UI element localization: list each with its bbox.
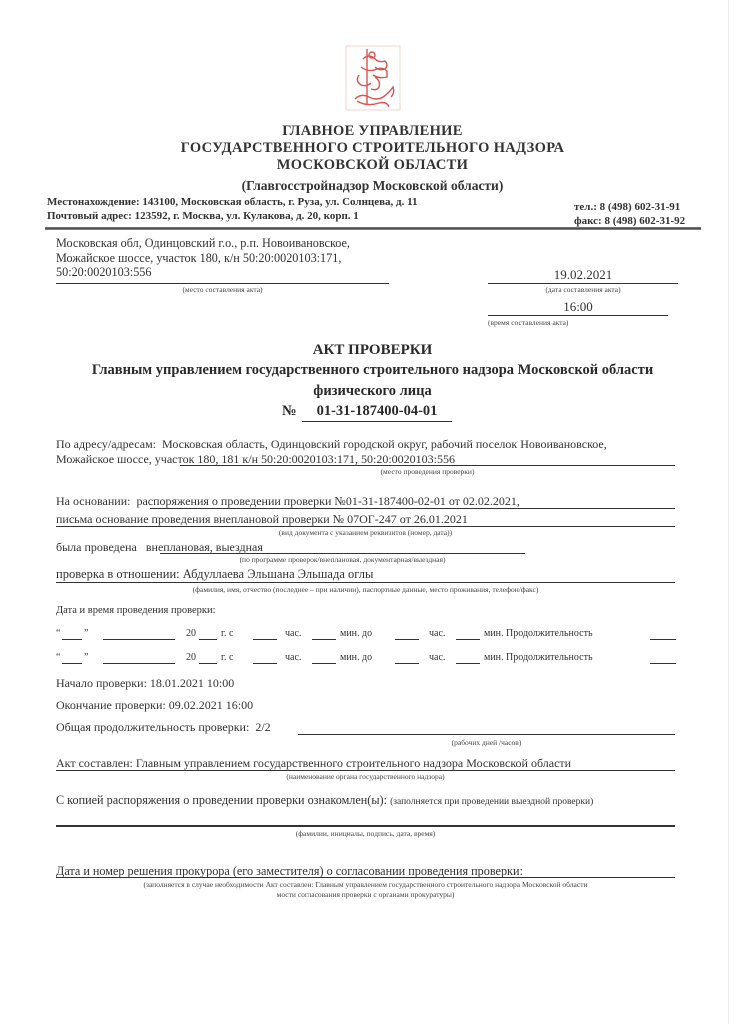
to-hour-field bbox=[395, 663, 419, 664]
duration-label-inline: мин. Продолжительность bbox=[484, 652, 593, 663]
composed-underline bbox=[56, 770, 675, 771]
minutes-to-label: мин. до bbox=[340, 628, 372, 639]
inspection-address-line1: По адресу/адресам: Московская область, О… bbox=[56, 437, 607, 452]
address-value-line1: Московская область, Одинцовский городско… bbox=[162, 437, 607, 451]
subject-label: проверка в отношении: bbox=[56, 567, 180, 581]
subject-caption: (фамилия, имя, отчество (последнее – при… bbox=[56, 585, 675, 594]
address-underline bbox=[180, 465, 675, 466]
prosecutor-underline bbox=[56, 877, 675, 878]
acquainted-underline bbox=[56, 825, 675, 827]
act-date-underline bbox=[488, 283, 678, 284]
from-label: г. с bbox=[221, 628, 233, 639]
from-label: г. с bbox=[221, 652, 233, 663]
acquainted-note: (заполняется при проведении выездной про… bbox=[390, 797, 593, 807]
act-place-line3: 50:20:0020103:556 bbox=[56, 265, 350, 280]
act-place-caption: (место составления акта) bbox=[56, 285, 389, 294]
hours-label-2: час. bbox=[429, 628, 445, 639]
act-number-sign: № bbox=[282, 403, 297, 420]
basis-label: На основании: bbox=[56, 494, 130, 508]
to-minute-field bbox=[456, 639, 480, 640]
day-field bbox=[62, 663, 82, 664]
from-hour-field bbox=[253, 639, 277, 640]
acquainted-line: С копией распоряжения о проведении прове… bbox=[56, 793, 593, 808]
duration-value: 2/2 bbox=[255, 720, 270, 734]
org-name-line3: МОСКОВСКОЙ ОБЛАСТИ bbox=[0, 157, 745, 174]
to-minute-field bbox=[456, 663, 480, 664]
type-underline bbox=[160, 553, 525, 554]
duration-caption: (рабочих дней /часов) bbox=[298, 738, 675, 747]
duration-label: Общая продолжительность проверки: bbox=[56, 720, 249, 734]
org-name-line2: ГОСУДАРСТВЕННОГО СТРОИТЕЛЬНОГО НАДЗОРА bbox=[0, 140, 745, 157]
act-number: 01-31-187400-04-01 bbox=[302, 403, 452, 420]
address-label: По адресу/адресам: bbox=[56, 437, 156, 451]
act-time-underline bbox=[488, 315, 668, 316]
act-title: АКТ ПРОВЕРКИ bbox=[0, 342, 745, 359]
basis-value-line1: распоряжения о проведении проверки №01-3… bbox=[136, 494, 519, 508]
org-location: Местонахождение: 143100, Московская обла… bbox=[47, 196, 418, 208]
acquainted-caption: (фамилии, инициалы, подпись, дата, время… bbox=[56, 829, 675, 838]
from-minute-field bbox=[312, 663, 336, 664]
act-place-line1: Московская обл, Одинцовский г.о., р.п. Н… bbox=[56, 236, 350, 251]
coat-of-arms-icon bbox=[345, 45, 401, 115]
act-place: Московская обл, Одинцовский г.о., р.п. Н… bbox=[56, 236, 350, 280]
month-field bbox=[103, 639, 175, 640]
from-minute-field bbox=[312, 639, 336, 640]
inspection-end: Окончание проверки: 09.02.2021 16:00 bbox=[56, 698, 253, 713]
act-number-underline bbox=[302, 421, 452, 422]
composed-caption: (наименование органа государственного на… bbox=[56, 772, 675, 781]
act-subtitle: Главным управлением государственного стр… bbox=[0, 362, 745, 379]
quote-close: ” bbox=[84, 628, 88, 639]
inspection-duration: Общая продолжительность проверки: 2/2 bbox=[56, 720, 271, 735]
datetime-label: Дата и время проведения проверки: bbox=[56, 605, 216, 616]
year-field bbox=[199, 639, 217, 640]
month-field bbox=[103, 663, 175, 664]
act-time-value: 16:00 bbox=[488, 299, 668, 315]
day-field bbox=[62, 639, 82, 640]
year-prefix: 20 bbox=[186, 652, 196, 663]
quote-open: “ bbox=[56, 652, 60, 663]
act-subject-type: физического лица bbox=[0, 383, 745, 400]
act-date-value: 19.02.2021 bbox=[488, 267, 678, 283]
subject-value: Абдуллаева Эльшана Эльшада оглы bbox=[183, 567, 374, 581]
row-duration-field bbox=[650, 663, 676, 664]
act-place-line2: Можайское шоссе, участок 180, к/н 50:20:… bbox=[56, 251, 350, 266]
quote-open: “ bbox=[56, 628, 60, 639]
act-time-caption: (время составления акта) bbox=[488, 318, 598, 327]
quote-close: ” bbox=[84, 652, 88, 663]
prosecutor-caption2: мости согласования проверки с органами п… bbox=[56, 890, 675, 899]
row-duration-field bbox=[650, 639, 676, 640]
prosecutor-caption1: (заполняется в случае необходимости Акт … bbox=[56, 880, 675, 889]
duration-underline bbox=[298, 734, 675, 735]
hours-label-2: час. bbox=[429, 652, 445, 663]
inspection-subject: проверка в отношении: Абдуллаева Эльшана… bbox=[56, 567, 373, 582]
org-short-name: (Главгосстройнадзор Московской области) bbox=[0, 178, 745, 194]
act-composed-by: Акт составлен: Главным управлением госуд… bbox=[56, 756, 571, 771]
org-phone: тел.: 8 (498) 602-31-91 bbox=[574, 201, 680, 213]
letterhead-divider bbox=[45, 227, 701, 230]
subject-underline bbox=[56, 582, 675, 583]
duration-label-inline: мин. Продолжительность bbox=[484, 628, 593, 639]
basis-line1: На основании: распоряжения о проведении … bbox=[56, 494, 520, 509]
act-place-underline bbox=[56, 283, 389, 284]
basis-underline2 bbox=[56, 526, 675, 527]
hours-label: час. bbox=[285, 652, 301, 663]
hours-label: час. bbox=[285, 628, 301, 639]
inspection-start: Начало проверки: 18.01.2021 10:00 bbox=[56, 676, 234, 691]
type-caption: (по программе проверок/внеплановая, доку… bbox=[160, 555, 525, 564]
type-value: внеплановая, выездная bbox=[146, 540, 263, 554]
to-hour-field bbox=[395, 639, 419, 640]
type-label: была проведена bbox=[56, 540, 137, 554]
minutes-to-label: мин. до bbox=[340, 652, 372, 663]
year-prefix: 20 bbox=[186, 628, 196, 639]
basis-value-line2: письма основание проведения внеплановой … bbox=[56, 512, 468, 527]
address-caption: (место проведения проверки) bbox=[180, 467, 675, 476]
year-field bbox=[199, 663, 217, 664]
basis-caption: (вид документа с указанием реквизитов (н… bbox=[56, 528, 675, 537]
from-hour-field bbox=[253, 663, 277, 664]
basis-underline1 bbox=[150, 508, 675, 509]
org-name-line1: ГЛАВНОЕ УПРАВЛЕНИЕ bbox=[0, 123, 745, 140]
org-postal-address: Почтовый адрес: 123592, г. Москва, ул. К… bbox=[47, 210, 359, 222]
org-fax: факс: 8 (498) 602-31-92 bbox=[574, 215, 685, 227]
acquainted-label: С копией распоряжения о проведении прове… bbox=[56, 793, 387, 807]
act-date-caption: (дата составления акта) bbox=[488, 285, 678, 294]
